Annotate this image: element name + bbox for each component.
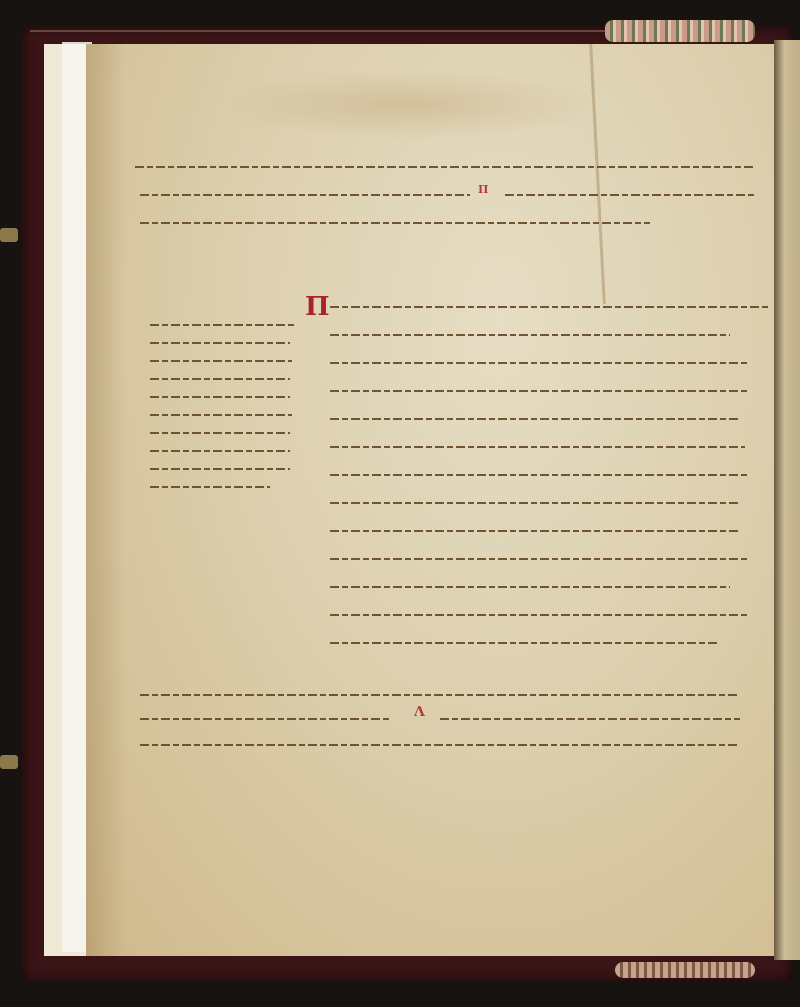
text-line [330, 412, 740, 424]
scholion-line [150, 372, 290, 384]
scholion-line [150, 336, 290, 348]
scholion-line [150, 318, 295, 330]
text-line [330, 468, 750, 480]
gutter [774, 40, 800, 960]
scholia-line [505, 188, 755, 200]
scholia-line [140, 712, 390, 724]
page-shadow [86, 44, 126, 956]
text-line [330, 356, 750, 368]
scholia-line [135, 160, 755, 172]
text-line [330, 440, 745, 452]
water-stain [220, 70, 600, 140]
scholion-line [150, 462, 290, 474]
text-line [330, 524, 740, 536]
headband-bottom [615, 962, 755, 978]
headband-top [605, 20, 755, 42]
text-line [330, 580, 730, 592]
scholion-line [150, 390, 290, 402]
text-line [330, 636, 720, 648]
scholion-line [150, 354, 292, 366]
text-line [330, 328, 730, 340]
main-initial-pi: Π [305, 292, 330, 322]
rubric-initial-pi: Π [478, 184, 498, 196]
scholia-line [440, 712, 740, 724]
text-line [330, 608, 750, 620]
text-line [330, 300, 770, 312]
rubric-initial-lambda: Λ [414, 706, 434, 718]
scholion-line [150, 426, 290, 438]
scholia-line [140, 216, 650, 228]
binding-edge [30, 30, 610, 32]
scholion-line [150, 444, 290, 456]
scholia-line [140, 738, 740, 750]
text-line [330, 384, 750, 396]
scholion-line [150, 408, 292, 420]
text-line [330, 496, 740, 508]
clasp-top [0, 228, 18, 242]
scholion-line [150, 480, 270, 492]
clasp-bottom [0, 755, 18, 769]
scholia-line [140, 188, 470, 200]
text-line [330, 552, 750, 564]
scholia-line [140, 688, 740, 700]
